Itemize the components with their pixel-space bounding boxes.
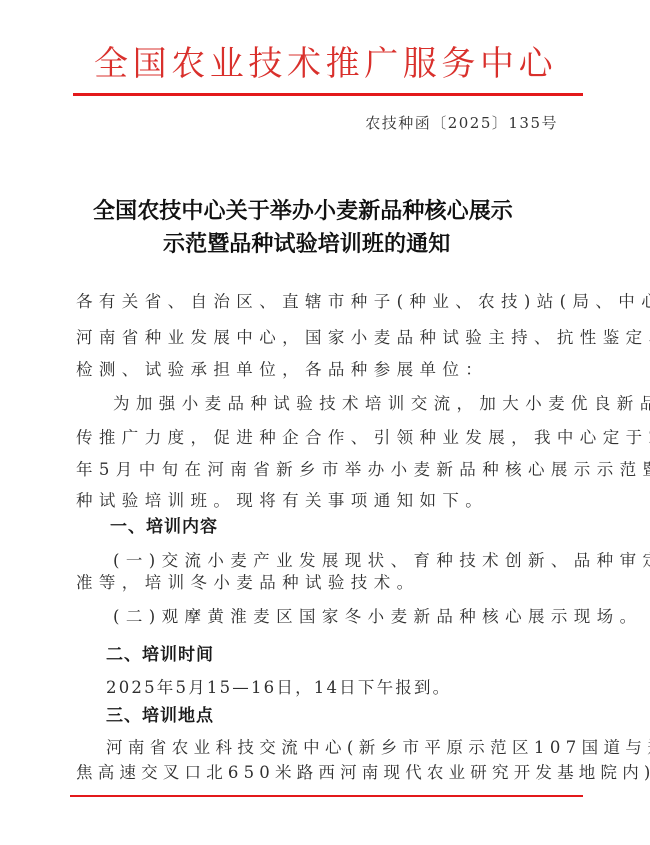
addressee-line: 检测、试验承担单位，各品种参展单位： xyxy=(76,358,488,382)
paragraph-line: 年5月中旬在河南省新乡市举办小麦新品种核心展示示范暨品 xyxy=(76,458,650,482)
section-heading: 一、培训内容 xyxy=(110,515,218,539)
addressee-line: 河南省种业发展中心，国家小麦品种试验主持、抗性鉴定、品质 xyxy=(76,326,650,350)
red-header-rule xyxy=(73,93,583,96)
paragraph-line: 传推广力度，促进种企合作、引领种业发展，我中心定于2025 xyxy=(76,426,650,450)
section-heading: 二、培训时间 xyxy=(106,643,214,667)
document-number: 农技种函〔2025〕135号 xyxy=(365,112,558,134)
section-item-line: 焦高速交叉口北650米路西河南现代农业研究开发基地院内)。 xyxy=(76,761,650,785)
paragraph-line: 种试验培训班。现将有关事项通知如下。 xyxy=(76,489,488,513)
notice-title-line-2: 示范暨品种试验培训班的通知 xyxy=(163,230,450,258)
red-footer-rule xyxy=(70,795,583,797)
addressee-line: 各有关省、自治区、直辖市种子(种业、农技)站(局、中心), xyxy=(76,290,650,314)
notice-title-line-1: 全国农技中心关于举办小麦新品种核心展示 xyxy=(93,197,513,225)
section-item-line: (一)交流小麦产业发展现状、育种技术创新、品种审定标 xyxy=(113,549,650,573)
section-item-line: (二)观摩黄淮麦区国家冬小麦新品种核心展示现场。 xyxy=(113,605,642,629)
paragraph-line: 为加强小麦品种试验技术培训交流，加大小麦优良新品种宣 xyxy=(113,392,650,416)
section-item-line: 河南省农业科技交流中心(新乡市平原示范区107国道与郑 xyxy=(106,736,650,760)
section-item-line: 准等，培训冬小麦品种试验技术。 xyxy=(76,571,420,595)
organization-name: 全国农业技术推广服务中心 xyxy=(94,42,564,86)
section-item-line: 2025年5月15—16日，14日下午报到。 xyxy=(106,676,451,700)
section-heading: 三、培训地点 xyxy=(106,704,214,728)
